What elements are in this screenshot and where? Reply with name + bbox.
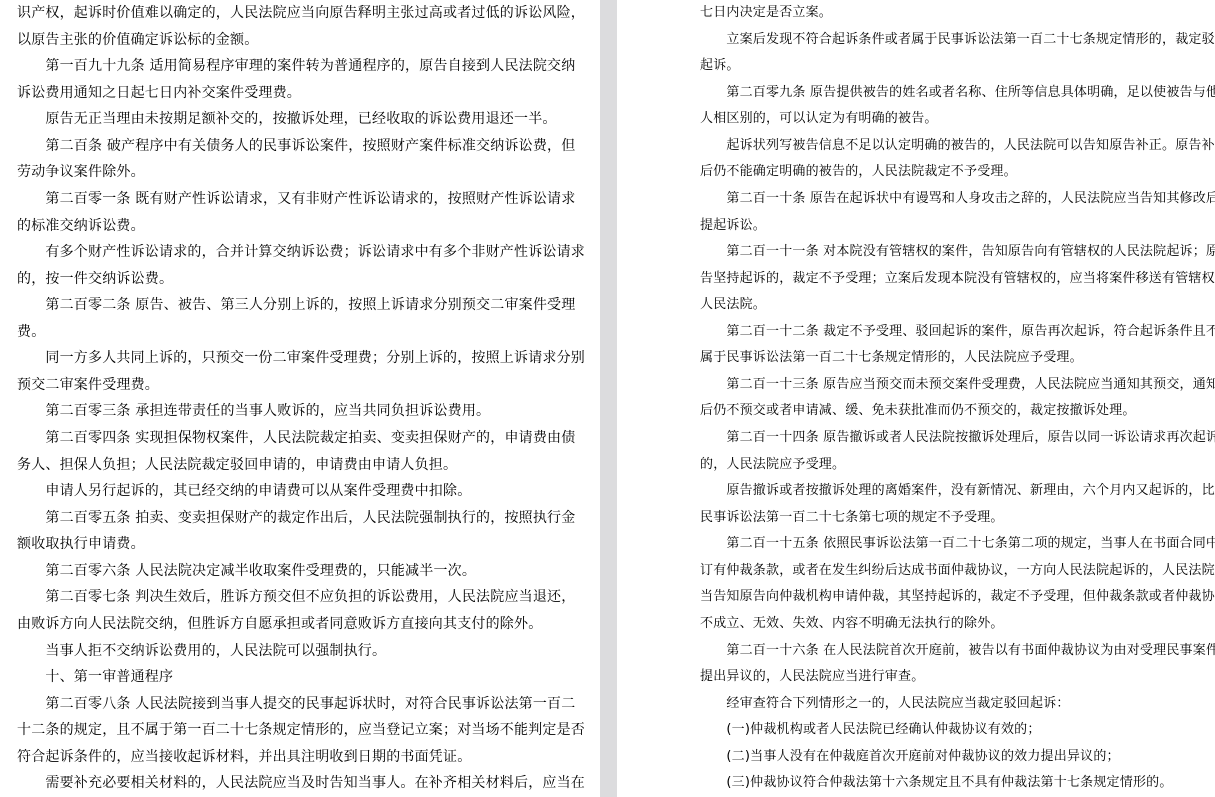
text-line: 第二百一十六条 在人民法院首次开庭前，被告以有书面仲裁协议为由对受理民事案件 — [700, 638, 1215, 665]
text-line: 第二百一十一条 对本院没有管辖权的案件，告知原告向有管辖权的人民法院起诉；原 — [700, 239, 1215, 266]
text-line: 第二百一十三条 原告应当预交而未预交案件受理费，人民法院应当通知其预交，通知 — [700, 372, 1215, 399]
text-line: 第二百零七条 判决生效后，胜诉方预交但不应负担的诉讼费用，人民法院应当退还， — [17, 584, 587, 611]
text-line: 预交二审案件受理费。 — [17, 372, 587, 399]
text-line: 后仍不预交或者申请减、缓、免未获批准而仍不预交的，裁定按撤诉处理。 — [700, 398, 1215, 425]
text-line: 经审查符合下列情形之一的，人民法院应当裁定驳回起诉： — [700, 691, 1215, 718]
text-line: 不成立、无效、失效、内容不明确无法执行的除外。 — [700, 611, 1215, 638]
text-line: 需要补充必要相关材料的，人民法院应当及时告知当事人。在补齐相关材料后，应当在 — [17, 770, 587, 797]
text-line: 后仍不能确定明确的被告的，人民法院裁定不予受理。 — [700, 159, 1215, 186]
text-line: 第二百条 破产程序中有关债务人的民事诉讼案件，按照财产案件标准交纳诉讼费，但 — [17, 133, 587, 160]
text-line: 第二百一十四条 原告撤诉或者人民法院按撤诉处理后，原告以同一诉讼请求再次起诉 — [700, 425, 1215, 452]
text-line: 人相区别的，可以认定为有明确的被告。 — [700, 106, 1215, 133]
text-line: 由败诉方向人民法院交纳，但胜诉方自愿承担或者同意败诉方直接向其支付的除外。 — [17, 611, 587, 638]
text-line: 的，人民法院应予受理。 — [700, 452, 1215, 479]
document-viewer: 识产权，起诉时价值难以确定的，人民法院应当向原告释明主张过高或者过低的诉讼风险，… — [0, 0, 1215, 797]
text-line: 属于民事诉讼法第一百二十七条规定情形的，人民法院应予受理。 — [700, 345, 1215, 372]
text-line: 七日内决定是否立案。 — [700, 0, 1215, 27]
text-line: 额收取执行申请费。 — [17, 531, 587, 558]
page-divider — [600, 0, 617, 797]
text-line: 第二百零三条 承担连带责任的当事人败诉的，应当共同负担诉讼费用。 — [17, 398, 587, 425]
text-line: 第一百九十九条 适用简易程序审理的案件转为普通程序的，原告自接到人民法院交纳 — [17, 53, 587, 80]
text-line: 提起诉讼。 — [700, 213, 1215, 240]
text-line: 十、第一审普通程序 — [17, 664, 587, 691]
text-line: 识产权，起诉时价值难以确定的，人民法院应当向原告释明主张过高或者过低的诉讼风险， — [17, 0, 587, 27]
text-line: 人民法院。 — [700, 292, 1215, 319]
text-line: (一)仲裁机构或者人民法院已经确认仲裁协议有效的； — [700, 717, 1215, 744]
text-line: 订有仲裁条款，或者在发生纠纷后达成书面仲裁协议，一方向人民法院起诉的，人民法院应 — [700, 558, 1215, 585]
text-line: 原告无正当理由未按期足额补交的，按撤诉处理，已经收取的诉讼费用退还一半。 — [17, 106, 587, 133]
text-line: (二)当事人没有在仲裁庭首次开庭前对仲裁协议的效力提出异议的； — [700, 744, 1215, 771]
text-line: 起诉。 — [700, 53, 1215, 80]
text-line: 诉讼费用通知之日起七日内补交案件受理费。 — [17, 80, 587, 107]
text-line: 原告撤诉或者按撤诉处理的离婚案件，没有新情况、新理由，六个月内又起诉的，比照 — [700, 478, 1215, 505]
text-line: 的标准交纳诉讼费。 — [17, 213, 587, 240]
text-line: 申请人另行起诉的，其已经交纳的申请费可以从案件受理费中扣除。 — [17, 478, 587, 505]
text-line: 第二百零八条 人民法院接到当事人提交的民事起诉状时，对符合民事诉讼法第一百二 — [17, 691, 587, 718]
text-line: 第二百零一条 既有财产性诉讼请求，又有非财产性诉讼请求的，按照财产性诉讼请求 — [17, 186, 587, 213]
text-line: 劳动争议案件除外。 — [17, 159, 587, 186]
text-line: 的，按一件交纳诉讼费。 — [17, 266, 587, 293]
text-line: 当事人拒不交纳诉讼费用的，人民法院可以强制执行。 — [17, 638, 587, 665]
text-line: 第二百一十二条 裁定不予受理、驳回起诉的案件，原告再次起诉，符合起诉条件且不 — [700, 319, 1215, 346]
text-line: 十二条的规定，且不属于第一百二十七条规定情形的，应当登记立案；对当场不能判定是否 — [17, 717, 587, 744]
page-right[interactable]: 七日内决定是否立案。 立案后发现不符合起诉条件或者属于民事诉讼法第一百二十七条规… — [700, 0, 1215, 797]
text-line: 起诉状列写被告信息不足以认定明确的被告的，人民法院可以告知原告补正。原告补正 — [700, 133, 1215, 160]
text-line: 提出异议的，人民法院应当进行审查。 — [700, 664, 1215, 691]
text-line: 第二百一十五条 依照民事诉讼法第一百二十七条第二项的规定，当事人在书面合同中 — [700, 531, 1215, 558]
text-line: 第二百零九条 原告提供被告的姓名或者名称、住所等信息具体明确，足以使被告与他 — [700, 80, 1215, 107]
text-line: 第二百一十条 原告在起诉状中有谩骂和人身攻击之辞的，人民法院应当告知其修改后 — [700, 186, 1215, 213]
text-line: 同一方多人共同上诉的，只预交一份二审案件受理费；分别上诉的，按照上诉请求分别 — [17, 345, 587, 372]
text-line: 民事诉讼法第一百二十七条第七项的规定不予受理。 — [700, 505, 1215, 532]
text-line: 第二百零六条 人民法院决定减半收取案件受理费的，只能减半一次。 — [17, 558, 587, 585]
text-line: 第二百零四条 实现担保物权案件，人民法院裁定拍卖、变卖担保财产的，申请费由债 — [17, 425, 587, 452]
text-line: 第二百零二条 原告、被告、第三人分别上诉的，按照上诉请求分别预交二审案件受理 — [17, 292, 587, 319]
page-left[interactable]: 识产权，起诉时价值难以确定的，人民法院应当向原告释明主张过高或者过低的诉讼风险，… — [17, 0, 587, 797]
text-line: 以原告主张的价值确定诉讼标的金额。 — [17, 27, 587, 54]
text-line: 立案后发现不符合起诉条件或者属于民事诉讼法第一百二十七条规定情形的，裁定驳回 — [700, 27, 1215, 54]
text-line: 符合起诉条件的，应当接收起诉材料，并出具注明收到日期的书面凭证。 — [17, 744, 587, 771]
text-line: 务人、担保人负担；人民法院裁定驳回申请的，申请费由申请人负担。 — [17, 452, 587, 479]
text-line: 当告知原告向仲裁机构申请仲裁，其坚持起诉的，裁定不予受理，但仲裁条款或者仲裁协议 — [700, 584, 1215, 611]
text-line: 告坚持起诉的，裁定不予受理；立案后发现本院没有管辖权的，应当将案件移送有管辖权的 — [700, 266, 1215, 293]
text-line: (三)仲裁协议符合仲裁法第十六条规定且不具有仲裁法第十七条规定情形的。 — [700, 770, 1215, 797]
text-line: 费。 — [17, 319, 587, 346]
text-line: 第二百零五条 拍卖、变卖担保财产的裁定作出后，人民法院强制执行的，按照执行金 — [17, 505, 587, 532]
text-line: 有多个财产性诉讼请求的，合并计算交纳诉讼费；诉讼请求中有多个非财产性诉讼请求 — [17, 239, 587, 266]
